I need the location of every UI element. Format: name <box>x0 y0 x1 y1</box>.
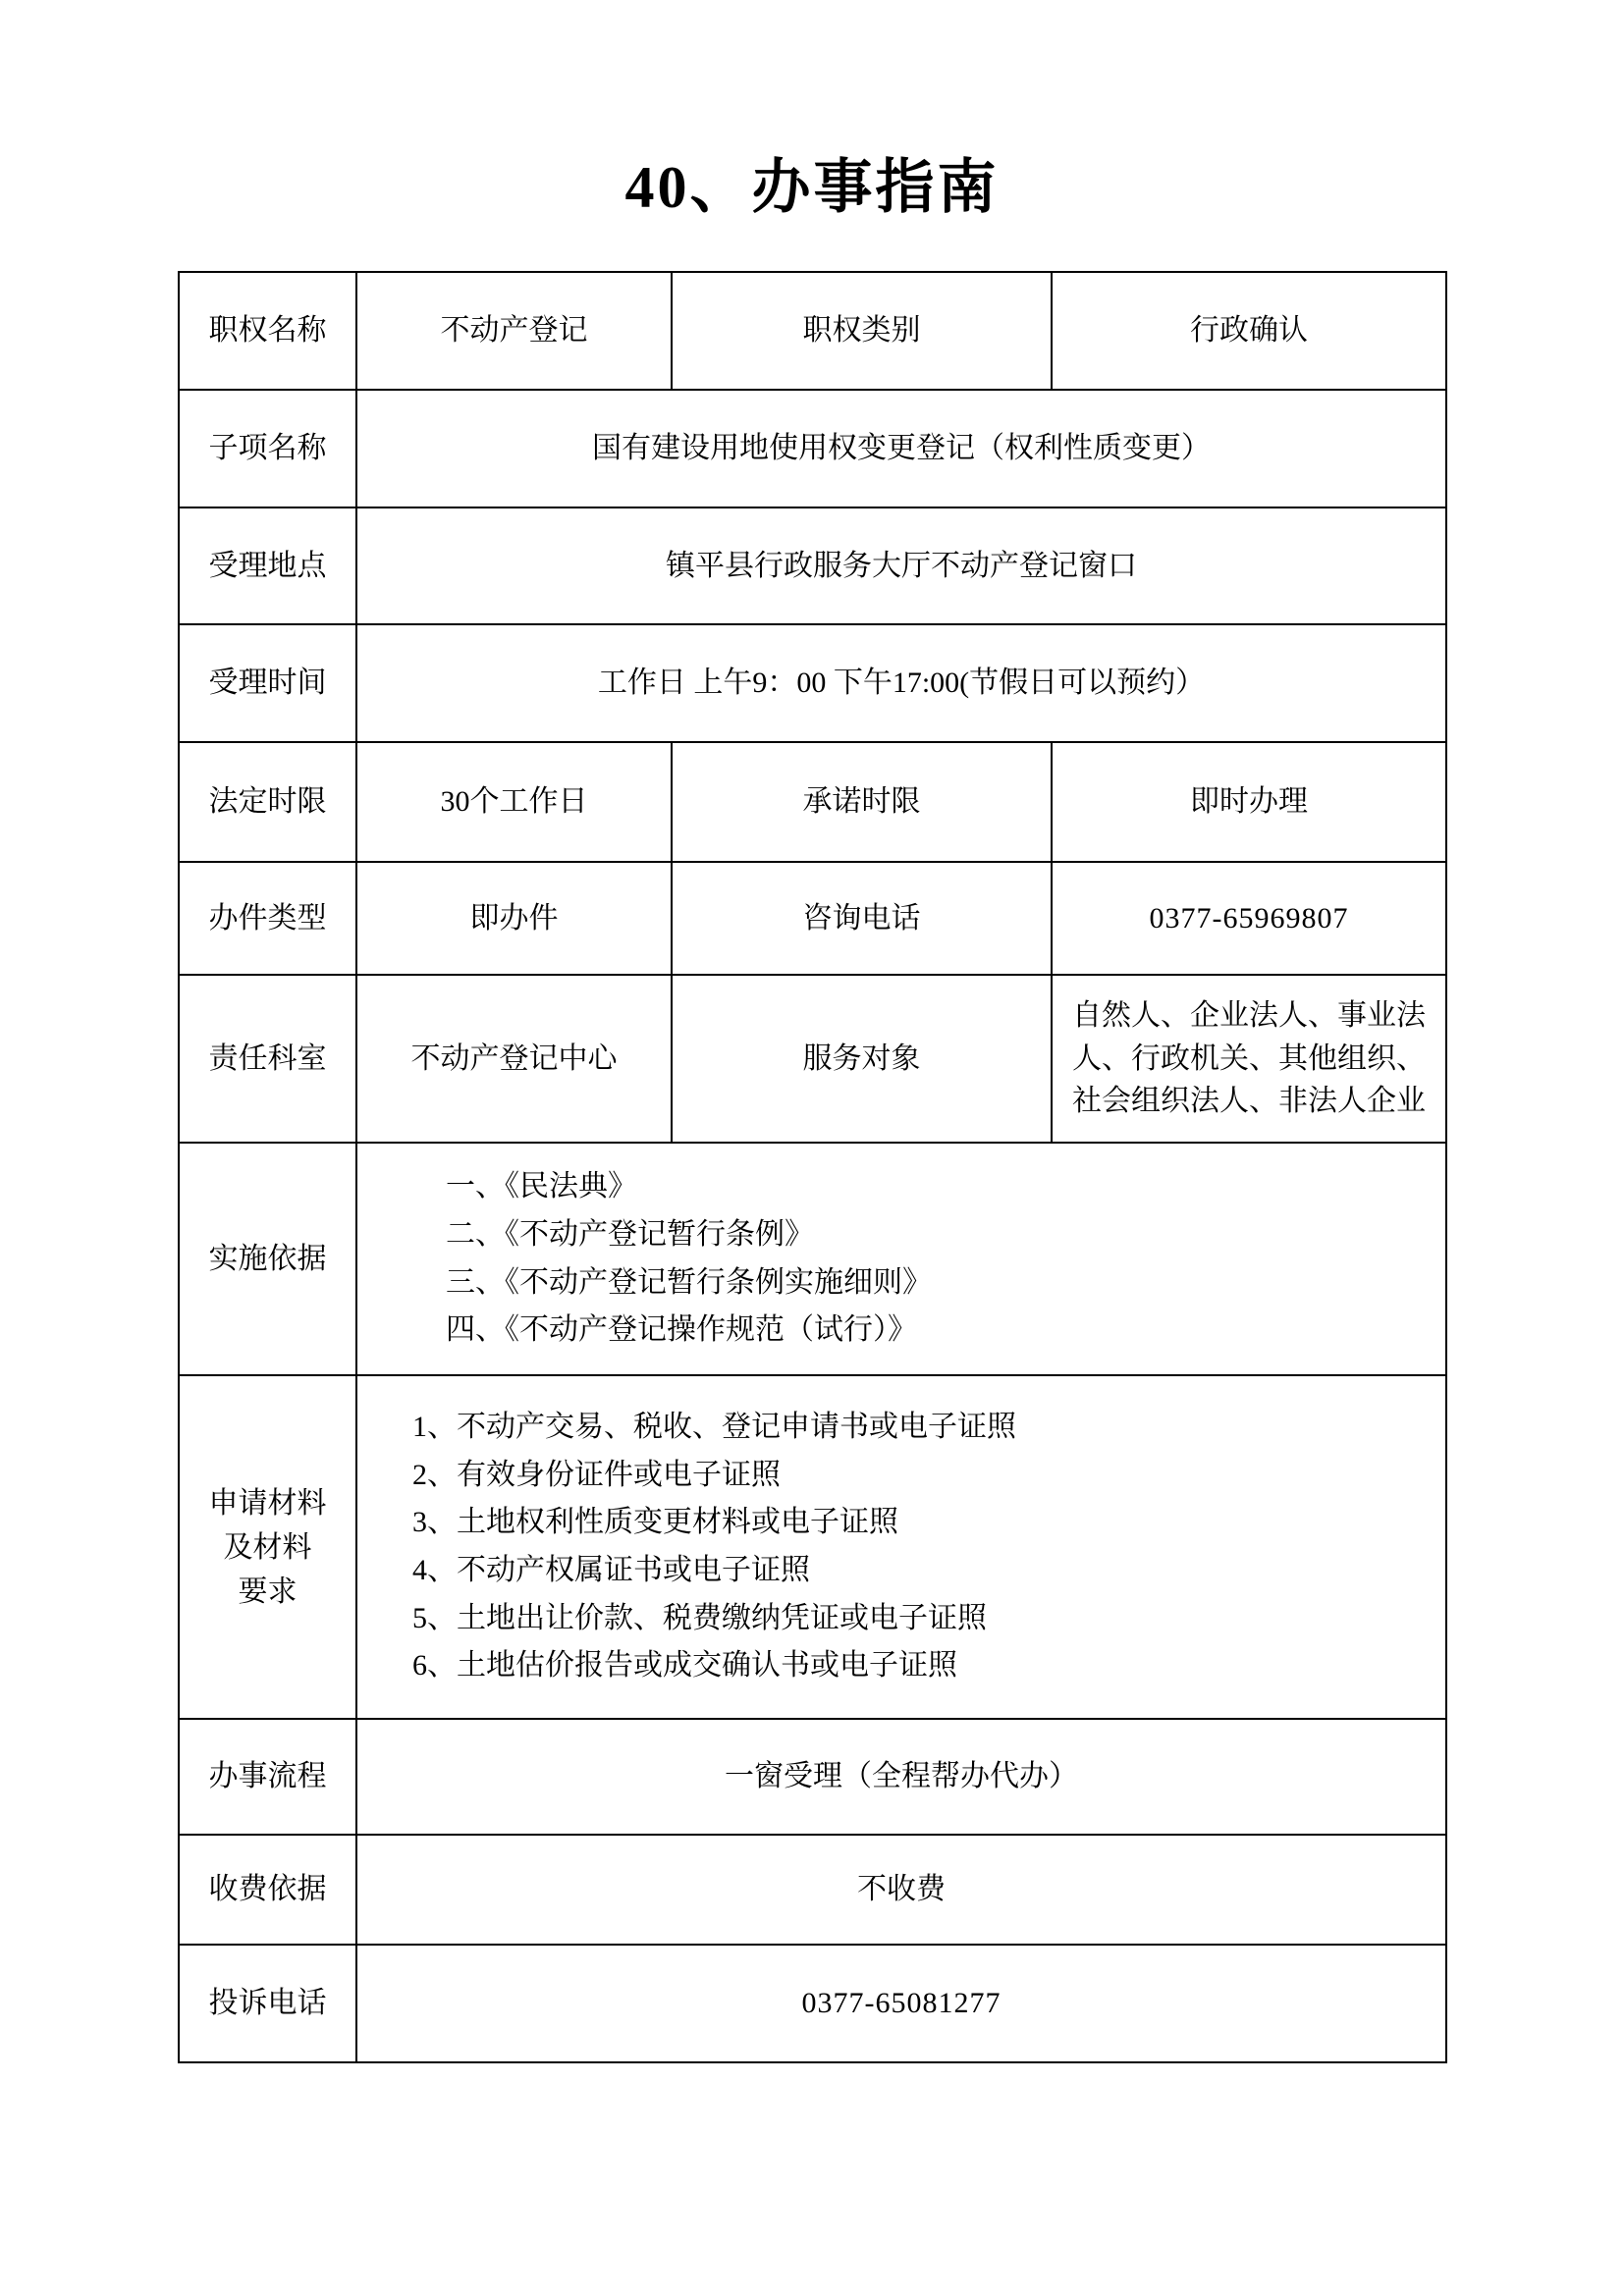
complaint-phone-label: 投诉电话 <box>179 1945 356 2062</box>
list-item: 5、土地出让价款、税费缴纳凭证或电子证照 <box>412 1595 1434 1643</box>
application-materials-label: 申请材料 及材料 要求 <box>179 1375 356 1719</box>
responsible-office-label: 责任科室 <box>179 975 356 1143</box>
table-row: 法定时限 30个工作日 承诺时限 即时办理 <box>179 742 1446 862</box>
process-value: 一窗受理（全程帮办代办） <box>356 1719 1446 1835</box>
implementation-basis-cell: 一、《民法典》 二、《不动产登记暂行条例》 三、《不动产登记暂行条例实施细则》 … <box>356 1143 1446 1375</box>
page-title: 40、办事指南 <box>0 155 1624 220</box>
list-item: 四、《不动产登记操作规范（试行）》 <box>446 1307 1434 1355</box>
label-line: 及材料 <box>191 1525 344 1570</box>
service-target-label: 服务对象 <box>672 975 1052 1143</box>
list-item: 1、不动产交易、税收、登记申请书或电子证照 <box>412 1404 1434 1452</box>
subitem-name-label: 子项名称 <box>179 390 356 507</box>
table-row: 责任科室 不动产登记中心 服务对象 自然人、企业法人、事业法人、行政机关、其他组… <box>179 975 1446 1143</box>
application-materials-cell: 1、不动产交易、税收、登记申请书或电子证照 2、有效身份证件或电子证照 3、土地… <box>356 1375 1446 1719</box>
statutory-limit-value: 30个工作日 <box>356 742 672 862</box>
statutory-limit-label: 法定时限 <box>179 742 356 862</box>
document-page: { "title": "40、办事指南", "table": { "row1":… <box>0 0 1624 2296</box>
handling-type-value: 即办件 <box>356 862 672 975</box>
fee-basis-label: 收费依据 <box>179 1835 356 1945</box>
acceptance-time-value: 工作日 上午9：00 下午17:00(节假日可以预约） <box>356 624 1446 742</box>
handling-type-label: 办件类型 <box>179 862 356 975</box>
fee-basis-value: 不收费 <box>356 1835 1446 1945</box>
implementation-basis-label: 实施依据 <box>179 1143 356 1375</box>
label-line: 要求 <box>191 1570 344 1614</box>
list-item: 二、《不动产登记暂行条例》 <box>446 1211 1434 1259</box>
list-item: 3、土地权利性质变更材料或电子证照 <box>412 1499 1434 1547</box>
list-item: 4、不动产权属证书或电子证照 <box>412 1547 1434 1595</box>
acceptance-time-label: 受理时间 <box>179 624 356 742</box>
complaint-phone-value: 0377-65081277 <box>356 1945 1446 2062</box>
responsible-office-value: 不动产登记中心 <box>356 975 672 1143</box>
acceptance-place-label: 受理地点 <box>179 507 356 624</box>
service-target-value: 自然人、企业法人、事业法人、行政机关、其他组织、社会组织法人、非法人企业 <box>1052 975 1446 1143</box>
table-row: 子项名称 国有建设用地使用权变更登记（权利性质变更） <box>179 390 1446 507</box>
table-row: 办事流程 一窗受理（全程帮办代办） <box>179 1719 1446 1835</box>
authority-type-label: 职权类别 <box>672 272 1052 390</box>
authority-name-label: 职权名称 <box>179 272 356 390</box>
consult-phone-value: 0377-65969807 <box>1052 862 1446 975</box>
authority-type-value: 行政确认 <box>1052 272 1446 390</box>
table-row: 收费依据 不收费 <box>179 1835 1446 1945</box>
process-label: 办事流程 <box>179 1719 356 1835</box>
authority-name-value: 不动产登记 <box>356 272 672 390</box>
list-item: 6、土地估价报告或成交确认书或电子证照 <box>412 1642 1434 1690</box>
table-row: 受理时间 工作日 上午9：00 下午17:00(节假日可以预约） <box>179 624 1446 742</box>
table-row: 申请材料 及材料 要求 1、不动产交易、税收、登记申请书或电子证照 2、有效身份… <box>179 1375 1446 1719</box>
table-row: 办件类型 即办件 咨询电话 0377-65969807 <box>179 862 1446 975</box>
list-item: 三、《不动产登记暂行条例实施细则》 <box>446 1259 1434 1308</box>
table-row: 投诉电话 0377-65081277 <box>179 1945 1446 2062</box>
subitem-name-value: 国有建设用地使用权变更登记（权利性质变更） <box>356 390 1446 507</box>
promised-limit-value: 即时办理 <box>1052 742 1446 862</box>
implementation-basis-list: 一、《民法典》 二、《不动产登记暂行条例》 三、《不动产登记暂行条例实施细则》 … <box>369 1163 1434 1354</box>
list-item: 一、《民法典》 <box>446 1163 1434 1211</box>
service-guide-table: 职权名称 不动产登记 职权类别 行政确认 子项名称 国有建设用地使用权变更登记（… <box>178 271 1447 2063</box>
label-line: 申请材料 <box>191 1481 344 1525</box>
list-item: 2、有效身份证件或电子证照 <box>412 1452 1434 1500</box>
application-materials-list: 1、不动产交易、税收、登记申请书或电子证照 2、有效身份证件或电子证照 3、土地… <box>369 1404 1434 1690</box>
consult-phone-label: 咨询电话 <box>672 862 1052 975</box>
promised-limit-label: 承诺时限 <box>672 742 1052 862</box>
table-row: 受理地点 镇平县行政服务大厅不动产登记窗口 <box>179 507 1446 624</box>
table-row: 职权名称 不动产登记 职权类别 行政确认 <box>179 272 1446 390</box>
table-row: 实施依据 一、《民法典》 二、《不动产登记暂行条例》 三、《不动产登记暂行条例实… <box>179 1143 1446 1375</box>
acceptance-place-value: 镇平县行政服务大厅不动产登记窗口 <box>356 507 1446 624</box>
